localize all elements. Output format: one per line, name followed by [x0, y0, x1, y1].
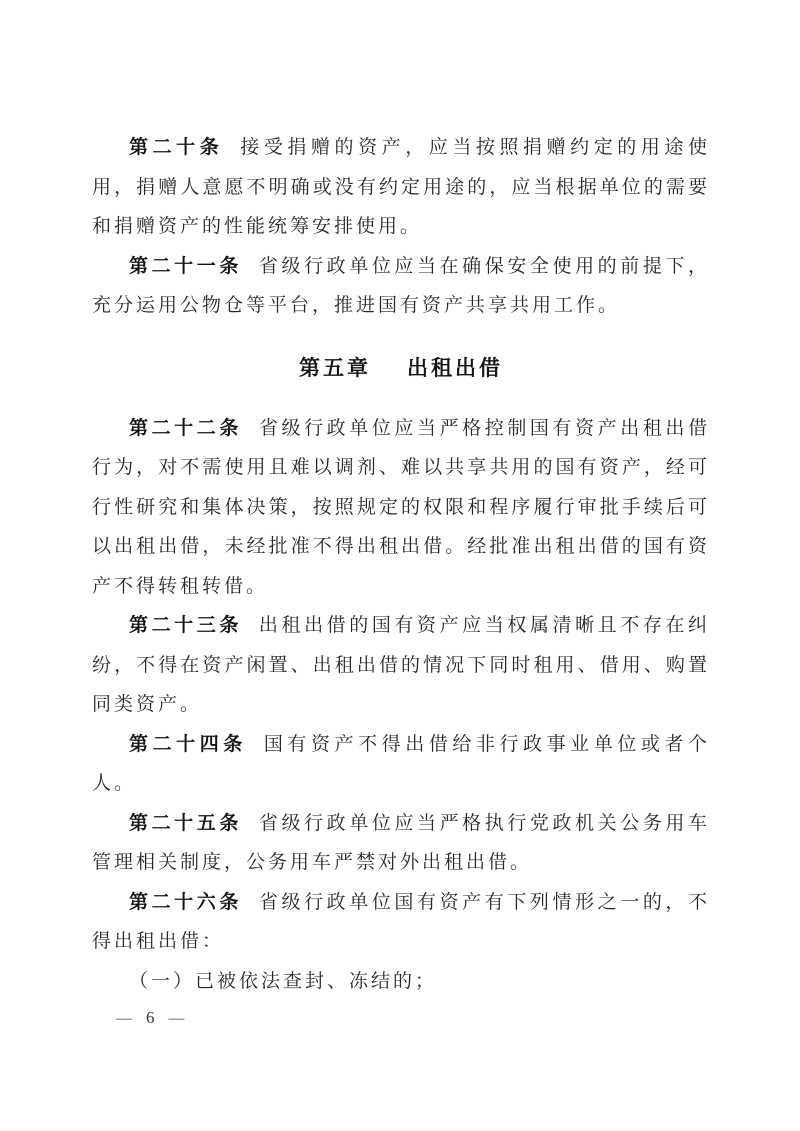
chapter-number: 第五章	[299, 356, 371, 380]
page-number-value: 6	[146, 1008, 155, 1027]
article-number: 第二十五条	[129, 812, 242, 834]
article-number: 第二十四条	[129, 733, 247, 755]
article-paragraph-21: 第二十一条省级行政单位应当在确保安全使用的前提下，充分运用公物仓等平台，推进国有…	[92, 247, 710, 326]
list-item-1: （一）已被依法查封、冻结的；	[92, 962, 710, 1002]
article-paragraph-22: 第二十二条省级行政单位应当严格控制国有资产出租出借行为，对不需使用且难以调剂、难…	[92, 409, 710, 607]
article-paragraph-24: 第二十四条国有资产不得出借给非行政事业单位或者个人。	[92, 725, 710, 804]
chapter-title: 出租出借	[407, 356, 503, 380]
article-number: 第二十一条	[129, 255, 242, 277]
article-paragraph-25: 第二十五条省级行政单位应当严格执行党政机关公务用车管理相关制度，公务用车严禁对外…	[92, 804, 710, 883]
chapter-heading: 第五章出租出借	[92, 348, 710, 388]
article-paragraph-20: 第二十条接受捐赠的资产，应当按照捐赠约定的用途使用，捐赠人意愿不明确或没有约定用…	[92, 128, 710, 247]
article-number: 第二十二条	[129, 417, 242, 439]
page-number-dash-left: —	[116, 1010, 132, 1027]
article-number: 第二十三条	[129, 614, 242, 636]
page-number: —6—	[116, 1006, 185, 1031]
document-page: 第二十条接受捐赠的资产，应当按照捐赠约定的用途使用，捐赠人意愿不明确或没有约定用…	[0, 0, 800, 1131]
document-body: 第二十条接受捐赠的资产，应当按照捐赠约定的用途使用，捐赠人意愿不明确或没有约定用…	[92, 128, 710, 1001]
article-paragraph-26: 第二十六条省级行政单位国有资产有下列情形之一的，不得出租出借：	[92, 883, 710, 962]
page-number-dash-right: —	[169, 1010, 185, 1027]
article-text: 省级行政单位应当严格控制国有资产出租出借行为，对不需使用且难以调剂、难以共享共用…	[92, 418, 710, 597]
article-number: 第二十六条	[129, 891, 242, 913]
article-paragraph-23: 第二十三条出租出借的国有资产应当权属清晰且不存在纠纷，不得在资产闲置、出租出借的…	[92, 606, 710, 725]
article-number: 第二十条	[129, 136, 223, 158]
